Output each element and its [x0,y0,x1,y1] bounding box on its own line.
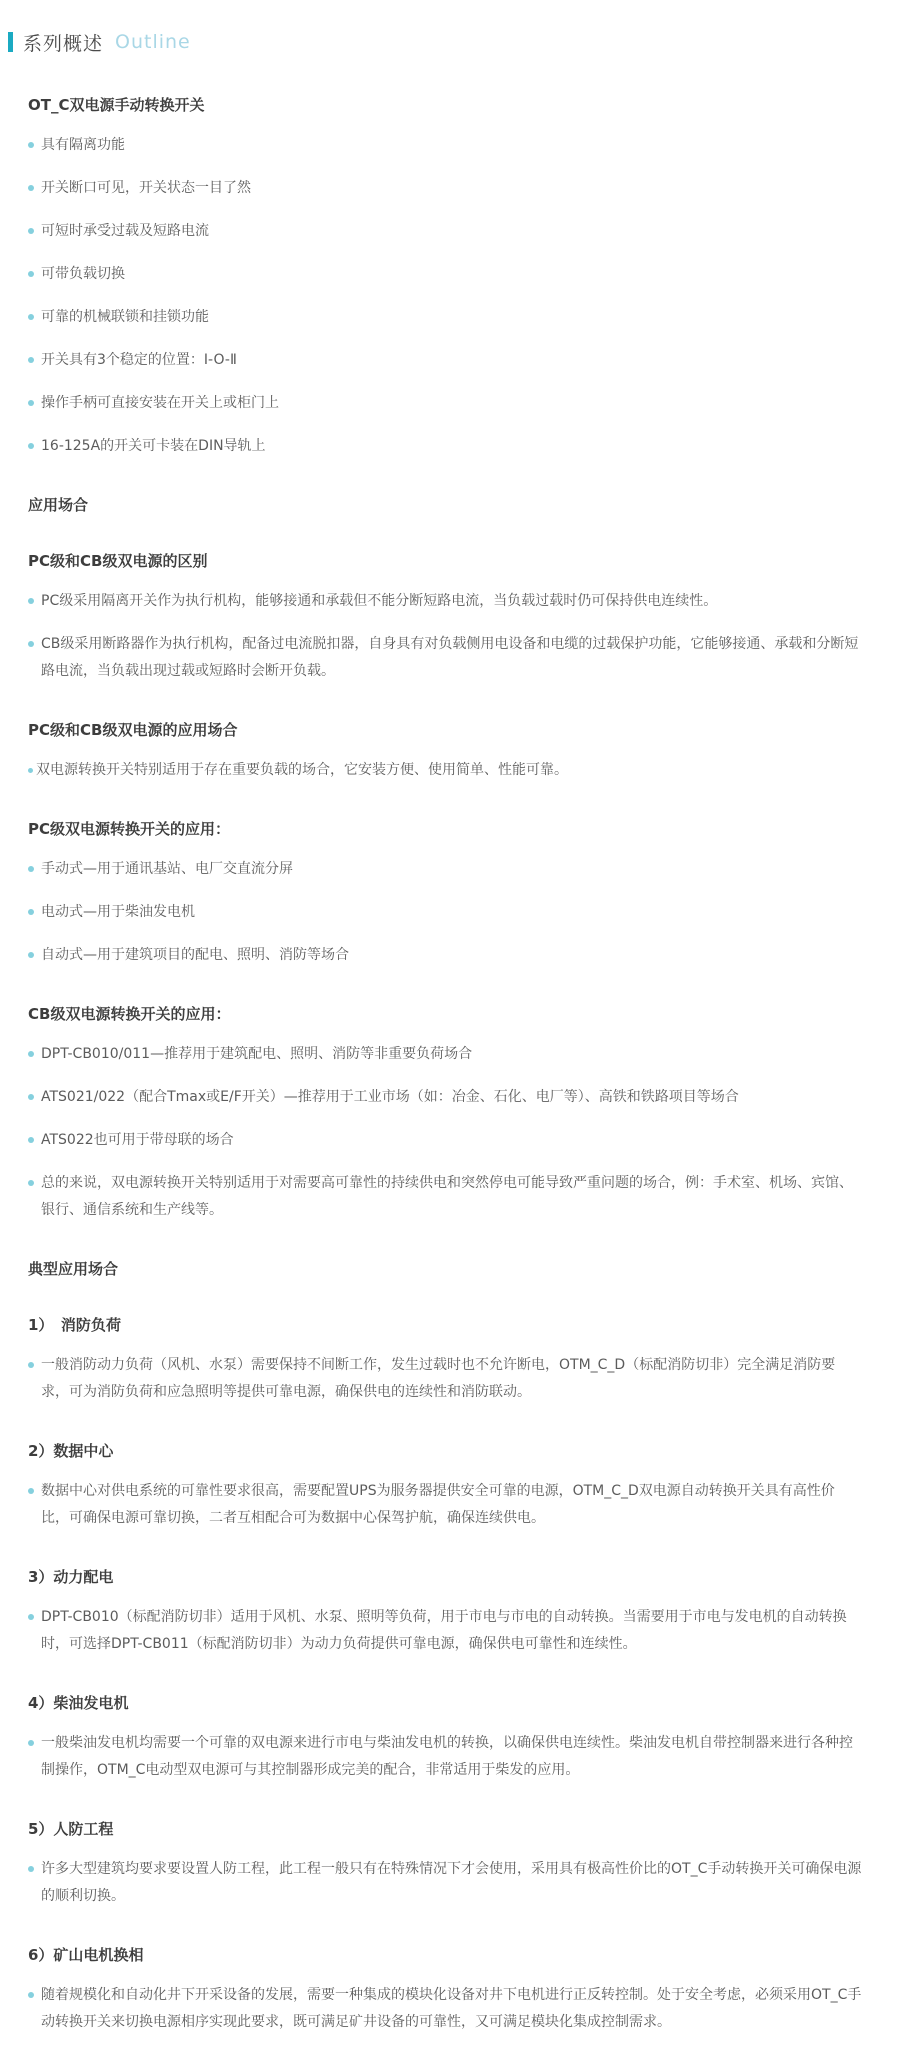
section-heading: 6）矿山电机换相 [28,1944,862,1966]
section-heading: 典型应用场合 [28,1258,862,1280]
bullet-dot-icon [28,443,34,449]
bullet-dot-icon [28,1094,34,1100]
bullet-dot-icon [28,1488,34,1494]
page-title: 系列概述 Outline [8,30,900,54]
bullet-dot-icon [28,185,34,191]
section-heading: 4）柴油发电机 [28,1692,862,1714]
accent-bar-icon [8,32,13,52]
list-item-text: 具有隔离功能 [41,137,125,153]
list-item-text: ATS021/022（配合Tmax或E/F开关）—推荐用于工业市场（如：冶金、石… [41,1089,739,1105]
list-item-text: 手动式—用于通讯基站、电厂交直流分屏 [41,861,293,877]
bullet-dot-icon [28,1137,34,1143]
list-item: 随着规模化和自动化井下开采设备的发展，需要一种集成的模块化设备对井下电机进行正反… [28,1982,862,2036]
list-item: 操作手柄可直接安装在开关上或柜门上 [28,390,862,417]
section-heading: CB级双电源转换开关的应用： [28,1003,862,1025]
list-item: 可带负载切换 [28,261,862,288]
list-item-text: CB级采用断路器作为执行机构，配备过电流脱扣器，自身具有对负载侧用电设备和电缆的… [41,636,858,679]
bullet-dot-icon [28,641,34,647]
document-page: 系列概述 Outline OT_C双电源手动转换开关 具有隔离功能 开关断口可见… [0,0,900,2066]
bullet-dot-icon [28,866,34,872]
bullet-dot-icon [28,1740,34,1746]
list-item-text: 开关断口可见，开关状态一目了然 [41,180,251,196]
bullet-dot-icon [28,1866,34,1872]
list-item-text: 双电源转换开关特别适用于存在重要负载的场合，它安装方便、使用简单、性能可靠。 [36,762,568,778]
list-item-text: 操作手柄可直接安装在开关上或柜门上 [41,395,279,411]
bullet-dot-icon [28,1614,34,1620]
list-item-text: 总的来说，双电源转换开关特别适用于对需要高可靠性的持续供电和突然停电可能导致严重… [41,1175,853,1218]
bullet-dot-icon [28,598,34,604]
bullet-dot-icon [28,357,34,363]
section-heading: PC级双电源转换开关的应用： [28,818,862,840]
page-title-cn: 系列概述 [23,29,103,56]
document-content: OT_C双电源手动转换开关 具有隔离功能 开关断口可见，开关状态一目了然 可短时… [28,94,900,2036]
list-item-text: 许多大型建筑均要求要设置人防工程，此工程一般只有在特殊情况下才会使用，采用具有极… [41,1861,861,1904]
bullet-dot-icon [28,952,34,958]
list-item: DPT-CB010/011—推荐用于建筑配电、照明、消防等非重要负荷场合 [28,1041,862,1068]
list-item: 许多大型建筑均要求要设置人防工程，此工程一般只有在特殊情况下才会使用，采用具有极… [28,1856,862,1910]
section-heading: 1） 消防负荷 [28,1314,862,1336]
list-item: 数据中心对供电系统的可靠性要求很高，需要配置UPS为服务器提供安全可靠的电源，O… [28,1478,862,1532]
bullet-dot-icon [28,1992,34,1998]
list-item-text: 可带负载切换 [41,266,125,282]
bullet-dot-icon [28,768,33,773]
list-item-text: 一般消防动力负荷（风机、水泵）需要保持不间断工作，发生过载时也不允许断电，OTM… [41,1357,835,1400]
list-item: 开关具有3个稳定的位置：I-O-Ⅱ [28,347,862,374]
list-item: 具有隔离功能 [28,132,862,159]
list-item-text: ATS022也可用于带母联的场合 [41,1132,234,1148]
list-item: PC级采用隔离开关作为执行机构，能够接通和承载但不能分断短路电流，当负载过载时仍… [28,588,862,615]
page-title-en: Outline [115,31,191,53]
section-heading: 应用场合 [28,494,862,516]
bullet-dot-icon [28,1051,34,1057]
section-heading: 5）人防工程 [28,1818,862,1840]
list-item: 总的来说，双电源转换开关特别适用于对需要高可靠性的持续供电和突然停电可能导致严重… [28,1170,862,1224]
section-heading: 2）数据中心 [28,1440,862,1462]
section-heading: OT_C双电源手动转换开关 [28,94,862,116]
list-item: 电动式—用于柴油发电机 [28,899,862,926]
list-item-text: 可短时承受过载及短路电流 [41,223,209,239]
list-item-text: 一般柴油发电机均需要一个可靠的双电源来进行市电与柴油发电机的转换，以确保供电连续… [41,1735,853,1778]
list-item-text: 电动式—用于柴油发电机 [41,904,195,920]
list-item-text: 可靠的机械联锁和挂锁功能 [41,309,209,325]
bullet-dot-icon [28,228,34,234]
list-item-text: DPT-CB010（标配消防切非）适用于风机、水泵、照明等负荷，用于市电与市电的… [41,1609,847,1652]
bullet-dot-icon [28,909,34,915]
bullet-dot-icon [28,142,34,148]
list-item-text: 自动式—用于建筑项目的配电、照明、消防等场合 [41,947,349,963]
list-item: 16-125A的开关可卡装在DIN导轨上 [28,433,862,460]
list-item: 一般柴油发电机均需要一个可靠的双电源来进行市电与柴油发电机的转换，以确保供电连续… [28,1730,862,1784]
list-item: CB级采用断路器作为执行机构，配备过电流脱扣器，自身具有对负载侧用电设备和电缆的… [28,631,862,685]
list-item-text: DPT-CB010/011—推荐用于建筑配电、照明、消防等非重要负荷场合 [41,1046,472,1062]
list-item: 可靠的机械联锁和挂锁功能 [28,304,862,331]
list-item: 自动式—用于建筑项目的配电、照明、消防等场合 [28,942,862,969]
list-item-text: 数据中心对供电系统的可靠性要求很高，需要配置UPS为服务器提供安全可靠的电源，O… [41,1483,835,1526]
list-item: 一般消防动力负荷（风机、水泵）需要保持不间断工作，发生过载时也不允许断电，OTM… [28,1352,862,1406]
list-item: 双电源转换开关特别适用于存在重要负载的场合，它安装方便、使用简单、性能可靠。 [28,757,862,784]
list-item-text: 随着规模化和自动化井下开采设备的发展，需要一种集成的模块化设备对井下电机进行正反… [41,1987,861,2030]
section-heading: PC级和CB级双电源的区别 [28,550,862,572]
list-item: 手动式—用于通讯基站、电厂交直流分屏 [28,856,862,883]
list-item: ATS022也可用于带母联的场合 [28,1127,862,1154]
list-item: 可短时承受过载及短路电流 [28,218,862,245]
bullet-dot-icon [28,1180,34,1186]
list-item-text: PC级采用隔离开关作为执行机构，能够接通和承载但不能分断短路电流，当负载过载时仍… [41,593,717,609]
list-item: ATS021/022（配合Tmax或E/F开关）—推荐用于工业市场（如：冶金、石… [28,1084,862,1111]
list-item-text: 16-125A的开关可卡装在DIN导轨上 [41,438,266,454]
bullet-dot-icon [28,1362,34,1368]
list-item: DPT-CB010（标配消防切非）适用于风机、水泵、照明等负荷，用于市电与市电的… [28,1604,862,1658]
list-item: 开关断口可见，开关状态一目了然 [28,175,862,202]
bullet-dot-icon [28,314,34,320]
section-heading: PC级和CB级双电源的应用场合 [28,719,862,741]
bullet-dot-icon [28,271,34,277]
bullet-dot-icon [28,400,34,406]
section-heading: 3）动力配电 [28,1566,862,1588]
list-item-text: 开关具有3个稳定的位置：I-O-Ⅱ [41,352,237,368]
